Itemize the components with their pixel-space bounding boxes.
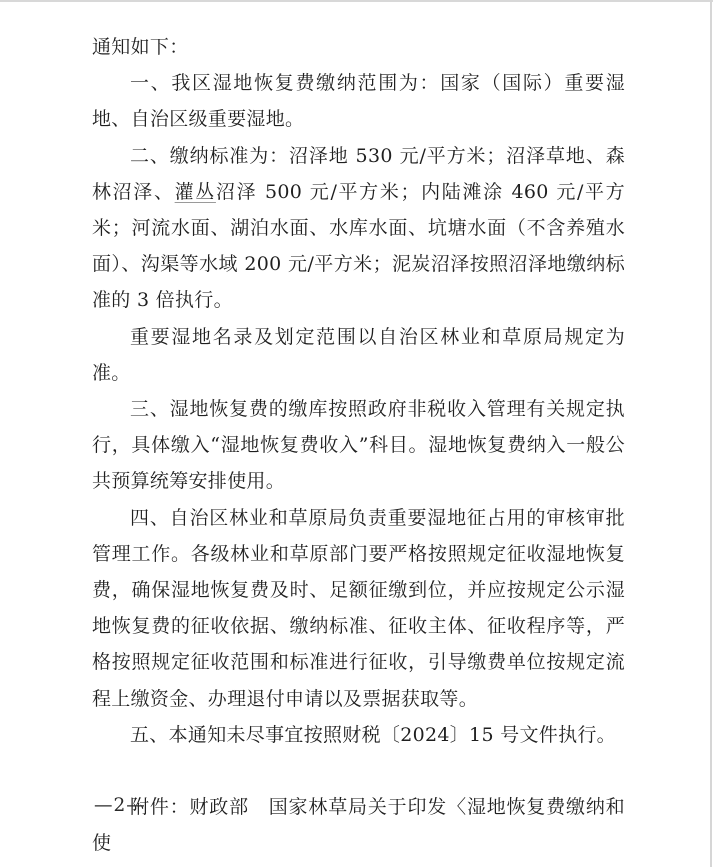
- document-page: 通知如下： 一、我区湿地恢复费缴纳范围为：国家（国际）重要湿地、自治区级重要湿地…: [0, 0, 713, 867]
- item-4: 四、自治区林业和草原局负责重要湿地征占用的审核审批管理工作。各级林业和草原部门要…: [92, 500, 625, 717]
- page-top-edge: [0, 0, 713, 2]
- intro-line: 通知如下：: [92, 29, 625, 65]
- page-right-edge: [710, 0, 712, 867]
- document-body: 通知如下： 一、我区湿地恢复费缴纳范围为：国家（国际）重要湿地、自治区级重要湿地…: [92, 29, 625, 861]
- item-2-note: 重要湿地名录及划定范围以自治区林业和草原局规定为准。: [92, 319, 625, 391]
- item-1: 一、我区湿地恢复费缴纳范围为：国家（国际）重要湿地、自治区级重要湿地。: [92, 65, 625, 137]
- item-2: 二、缴纳标准为：沼泽地 530 元/平方米；沼泽草地、森林沼泽、灌丛沼泽 500…: [92, 138, 625, 319]
- item-5: 五、本通知未尽事宜按照财税〔2024〕15 号文件执行。: [92, 717, 625, 753]
- item-2-underlined-term: 灌丛: [175, 181, 216, 203]
- attachment-line: 附件：财政部 国家林草局关于印发〈湿地恢复费缴纳和使: [92, 789, 625, 861]
- item-3: 三、湿地恢复费的缴库按照政府非税收入管理有关规定执行，具体缴入“湿地恢复费收入”…: [92, 391, 625, 500]
- page-number: —2—: [94, 795, 146, 816]
